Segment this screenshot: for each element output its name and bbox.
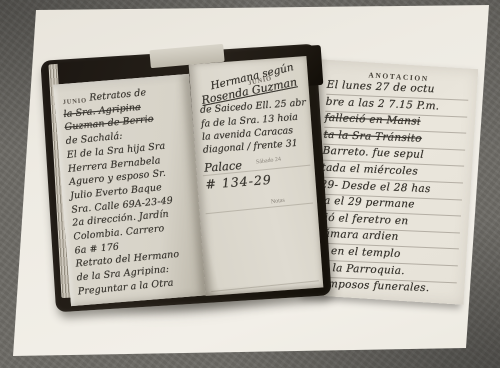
ruled-line [206, 202, 314, 214]
photo-scene: ANOTACION El lunes 27 de octu bre a las … [0, 0, 500, 368]
paper-mat: ANOTACION El lunes 27 de octu bre a las … [0, 0, 500, 368]
left-page: JUNIO Retratos de la Sra. Agripina Guzma… [53, 74, 206, 306]
right-page: JUNIO Sábado 24 Notas Hermana según Rose… [189, 56, 324, 296]
